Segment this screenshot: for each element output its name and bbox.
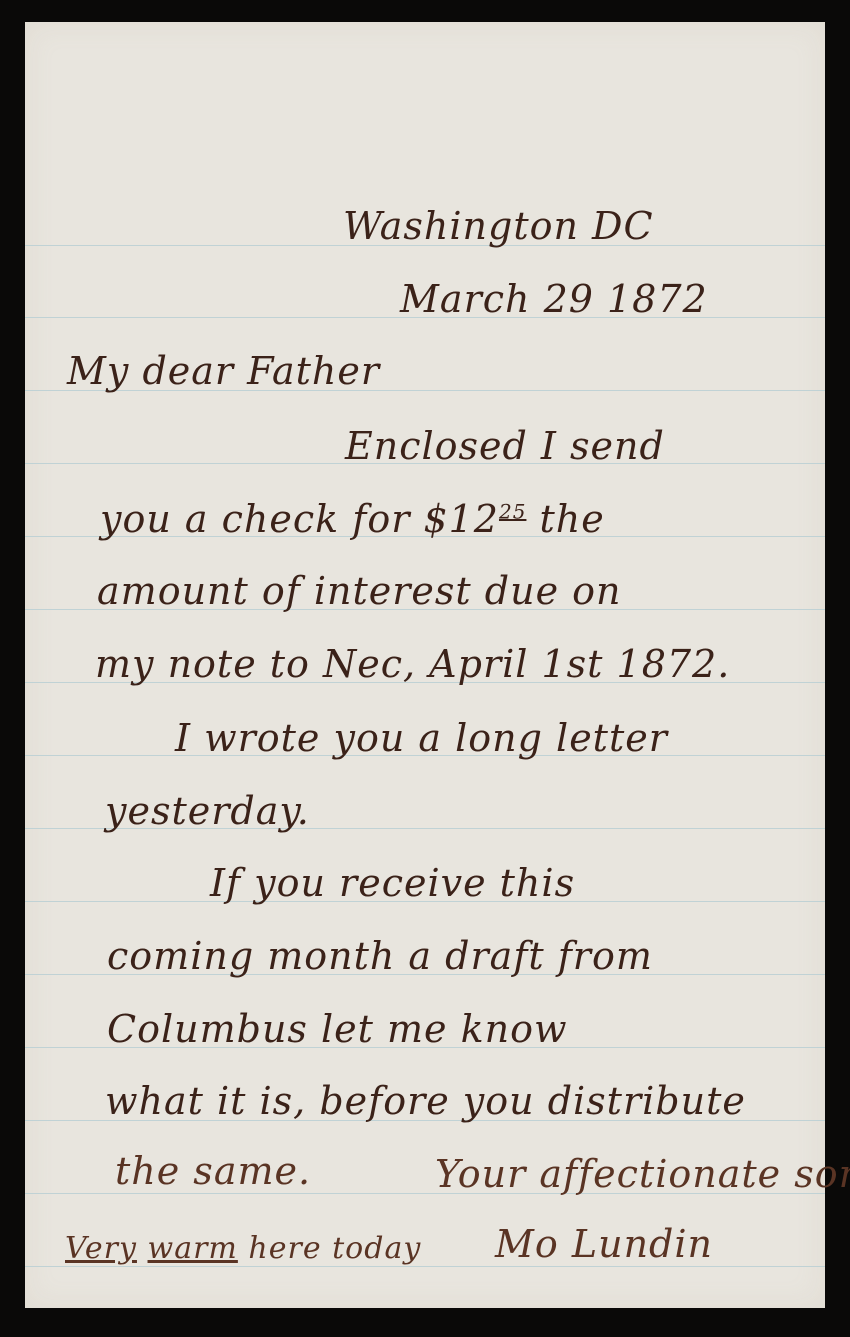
body-line: I wrote you a long letter (175, 719, 668, 757)
body-line: Columbus let me know (107, 1010, 568, 1048)
body-line: Enclosed I send (345, 427, 665, 465)
body-line: amount of interest due on (97, 572, 622, 610)
body-line: yesterday. (105, 792, 310, 830)
body-line: you a check for $1225 the (100, 500, 605, 538)
body-text: the (540, 497, 605, 541)
postscript-word: Very (65, 1231, 137, 1266)
letter-page: Washington DC March 29 1872 My dear Fath… (25, 22, 825, 1308)
amount-cents: 25 (499, 499, 526, 523)
body-text: you a check for $12 (100, 497, 499, 541)
body-line: If you receive this (210, 864, 575, 902)
ruled-line (25, 1266, 825, 1267)
body-line: what it is, before you distribute (105, 1082, 746, 1120)
postscript: Very warm here today (65, 1234, 421, 1264)
body-line: the same. (115, 1152, 311, 1190)
letter-date: March 29 1872 (400, 280, 708, 318)
signature: Mo Lundin (495, 1225, 713, 1263)
letter-place: Washington DC (343, 207, 654, 245)
postscript-word: warm (148, 1231, 238, 1266)
body-line: coming month a draft from (107, 937, 653, 975)
postscript-text: here today (248, 1231, 421, 1266)
body-line: my note to Nec, April 1st 1872. (95, 645, 730, 683)
closing: Your affectionate son (435, 1155, 850, 1193)
salutation: My dear Father (67, 352, 380, 390)
